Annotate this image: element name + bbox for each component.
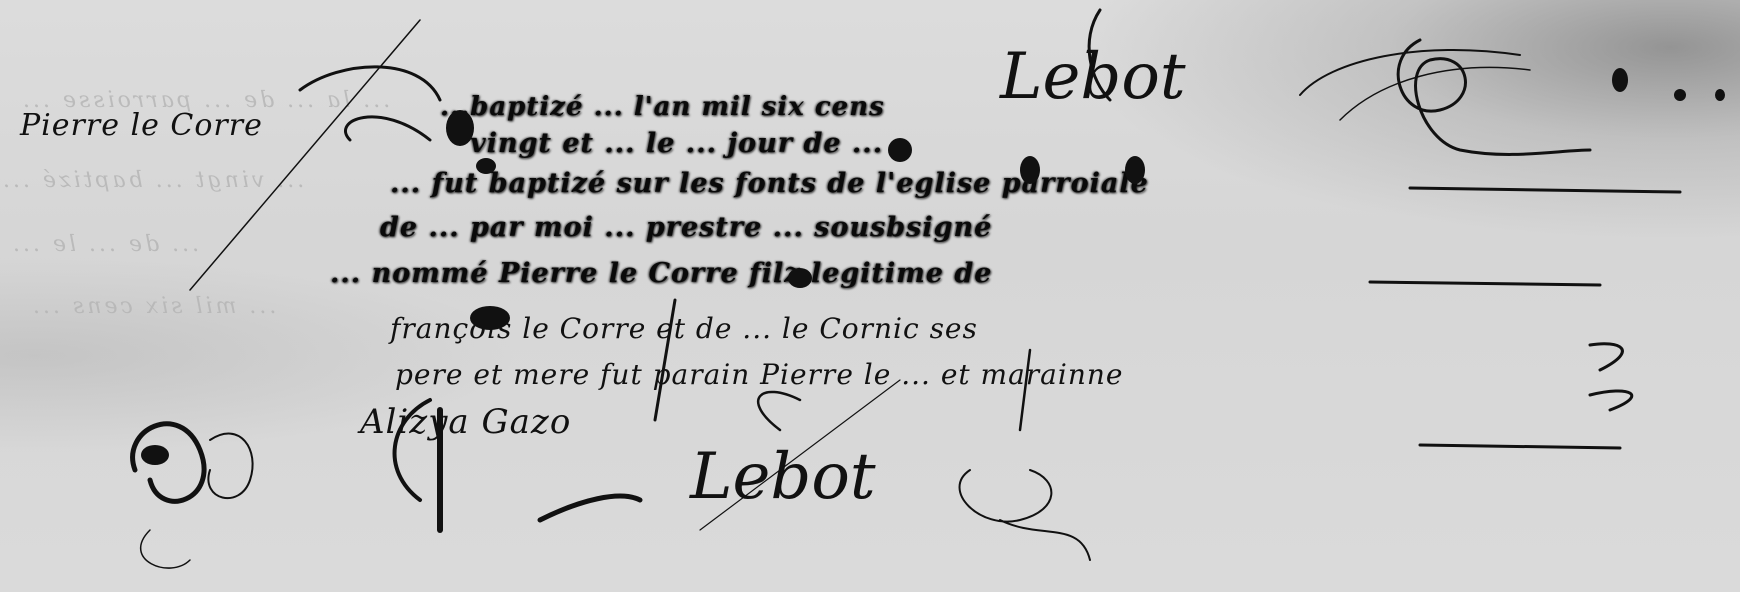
register-page: ... la ... de ... parroisse ... ... ving… (0, 0, 1740, 592)
ink-flourishes (0, 0, 1740, 592)
